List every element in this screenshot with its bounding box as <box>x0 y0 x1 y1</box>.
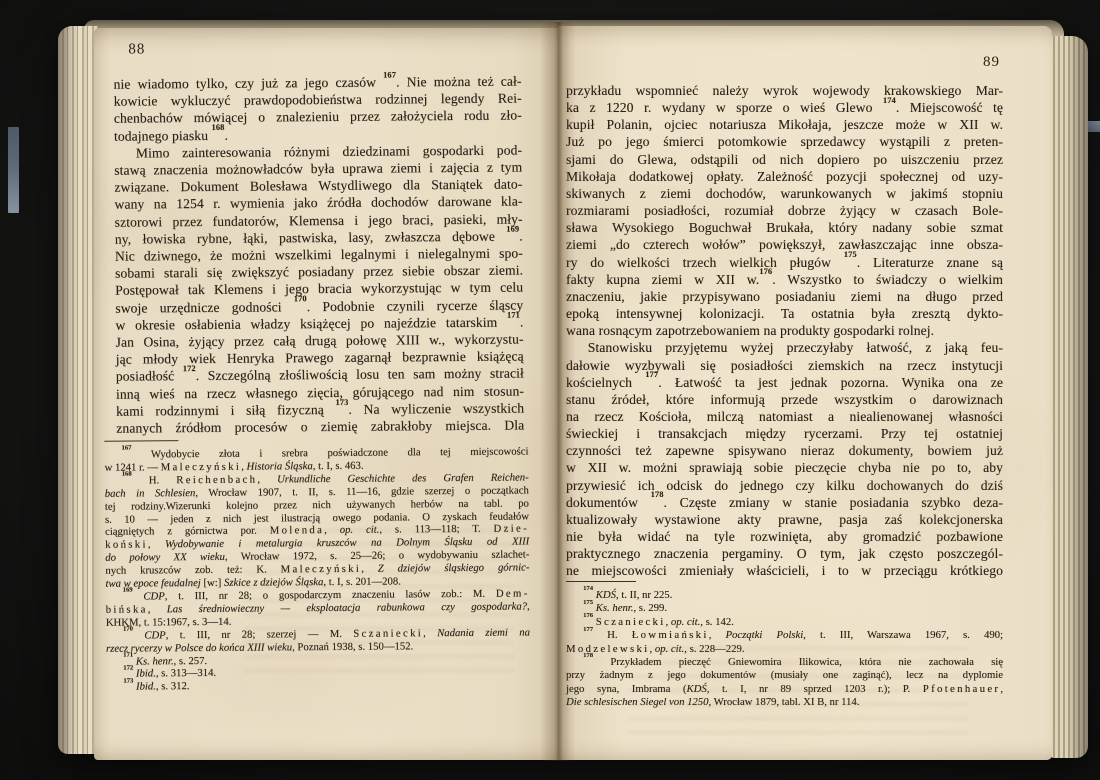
text-line: na rzecz Kościoła, milczą natomiast a ni… <box>566 408 1003 425</box>
text-line: świeckiej i transakcjach między rycerzam… <box>566 425 1003 442</box>
text-line: ktualizowały wystawione akty prawne, pas… <box>566 511 1003 528</box>
text-line: ka z 1220 r. wydany w sporze o wieś Glew… <box>566 99 1003 116</box>
text-line: ne miejscowości zmieniały właścicieli, i… <box>566 562 1003 579</box>
text-line: epoką intensywnej kolonizacji. Ta ostatn… <box>566 305 1003 322</box>
text-line: przywiesić ich odcisk do jednego czy kil… <box>566 477 1003 494</box>
text-line: Mikołaja dodatkowej opłaty. Zależność po… <box>566 168 1003 185</box>
text-line: 177 H. Łowmiański, Początki Polski, t. I… <box>566 629 1003 642</box>
text-line: 176 Sczaniecki, op. cit., s. 142. <box>566 616 1003 629</box>
text-line: czynności też zapewne spisywano nieraz d… <box>566 442 1003 459</box>
open-book: 88 nie wiadomo tylko, czy już za jego cz… <box>58 16 1088 761</box>
text-line: dokumentów 178. Częste zmiany w stanie p… <box>566 494 1003 511</box>
photo-background: 88 nie wiadomo tylko, czy już za jego cz… <box>0 0 1100 780</box>
text-line: jego syna, Imbrama (KDŚ, t. I, nr 89 spr… <box>566 683 1003 696</box>
page-number-left: 88 <box>128 41 145 58</box>
left-page: 88 nie wiadomo tylko, czy już za jego cz… <box>94 28 558 760</box>
text-line: dałowie wyzbywali się posiadłości ziemsk… <box>566 357 1003 374</box>
text-line: stanu źródeł, które informują przede wsz… <box>566 391 1003 408</box>
page-number-right: 89 <box>983 54 1000 71</box>
text-line: 175 Ks. henr., s. 299. <box>566 602 1003 615</box>
text-line: przykładu wspomnieć należy wyrok wojewod… <box>566 82 1003 99</box>
text-line: kościelnych 177. Łatwość ta jest jednak … <box>566 374 1003 391</box>
text-line: sława Wysokiego Boguchwał Brukała, który… <box>566 219 1003 236</box>
text-line: 173 Ibid., s. 312. <box>106 678 530 694</box>
footnote-separator-right <box>566 581 636 582</box>
text-line: 178 Przykładem pieczęć Gniewomira Ilikow… <box>566 656 1003 669</box>
text-line: rozmiarami posiadłości, rozumiał dobrze … <box>566 202 1003 219</box>
text-line: znanych źródłom procesów o ziemię zabrak… <box>116 417 524 437</box>
right-page: 89 przykładu wspomnieć należy wyrok woje… <box>558 26 1052 760</box>
text-line: w XII w. możni sprawiają sobie pieczęcie… <box>566 459 1003 476</box>
page-edges-right <box>1050 36 1088 758</box>
text-line: przy żadnym z jego dokumentów (musiały o… <box>566 669 1003 682</box>
text-line: ry do wielkości trzech wielkich pługów 1… <box>566 254 1003 271</box>
text-line: fakty kupna ziemi w XII w.176. Wszystko … <box>566 271 1003 288</box>
text-line: nie była widać na tyle rozwinięta, aby g… <box>566 528 1003 545</box>
strap-left <box>8 127 19 213</box>
footnotes-right: 174 KDŚ, t. II, nr 225.175 Ks. henr., s.… <box>566 589 1003 710</box>
footnotes-left: 167 Wydobycie złota i srebra poświadczon… <box>104 445 530 694</box>
text-line: 174 KDŚ, t. II, nr 225. <box>566 589 1003 602</box>
body-text-left: nie wiadomo tylko, czy już za jego czasó… <box>113 72 524 436</box>
text-line: Już po jego śmierci potomkowie sprzedawc… <box>566 133 1003 150</box>
text-line: praktycznego znaczenia pergaminy. O tym,… <box>566 545 1003 562</box>
text-line: znaczeniu, jakie przypisywano posiadaniu… <box>566 288 1003 305</box>
text-line: kupił Polanin, ojciec notariusza Mikołaj… <box>566 116 1003 133</box>
text-line: chenbachów mówiącej o znalezieniu przez … <box>114 107 522 127</box>
text-line: wana rosnącym zapotrzebowaniem na produk… <box>566 322 1003 339</box>
text-line: Die schlesischen Siegel von 1250, Wrocła… <box>566 696 1003 709</box>
body-text-right: przykładu wspomnieć należy wyrok wojewod… <box>566 82 1003 580</box>
text-line: Modzelewski, op. cit., s. 228—229. <box>566 643 1003 656</box>
text-line: sjami do Glewa, odstąpili od nich dopier… <box>566 151 1003 168</box>
text-line: skiwanych z ziemi dochodów, warunkowanyc… <box>566 185 1003 202</box>
text-line: ziemi „do czterech wołów” powiększył, za… <box>566 236 1003 253</box>
footnote-separator-left <box>104 440 178 442</box>
text-line: Stanowisku przyjętemu wyżej przeczyłaby … <box>566 339 1003 356</box>
